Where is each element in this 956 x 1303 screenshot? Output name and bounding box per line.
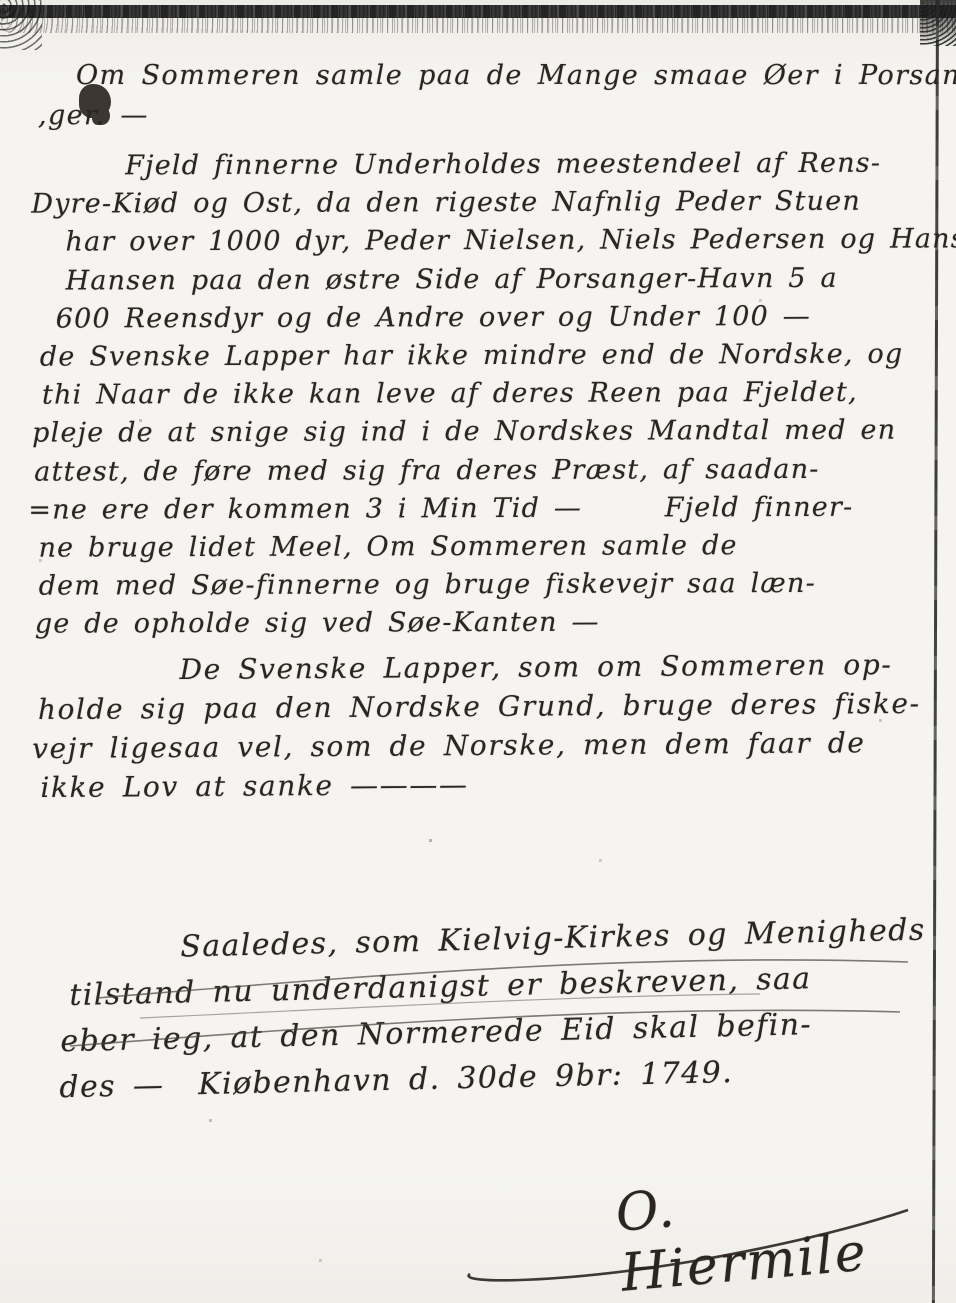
document-page: Om Sommeren samle paa de Mange smaae Øer… [0,0,956,1303]
scan-border-top [0,5,956,18]
manuscript-line: Hansen paa den østre Side af Porsanger-H… [66,259,956,300]
paragraph-fjeld-finnerne: Fjeld finnerne Underholdes meestendeel a… [27,144,956,644]
manuscript-line: Fjeld finnerne Underholdes meestendeel a… [125,144,956,185]
manuscript-line: holde sig paa den Nordske Grund, bruge d… [38,684,921,729]
signature: O. Hiermile [613,1156,942,1303]
manuscript-line: pleje de at snige sig ind i de Nordskes … [32,412,956,453]
paragraph-opening: Om Sommeren samle paa de Mange smaae Øer… [28,56,956,136]
manuscript-line: ge de opholde sig ved Søe-Kanten — [35,603,956,644]
scan-noise-top-left [0,0,42,50]
manuscript-line: Dyre-Kiød og Ost, da den rigeste Nafnlig… [31,183,956,224]
manuscript-line: attest, de føre med sig fra deres Præst,… [34,450,956,491]
manuscript-line: ikke Lov at sanke ———— [40,762,921,807]
manuscript-line: =ne ere der kommen 3 i Min Tid — Fjeld f… [28,488,956,529]
manuscript-line: thi Naar de ikke kan leve af deres Reen … [42,374,956,415]
paragraph-svenske-lapper: De Svenske Lapper, som om Sommeren op-ho… [27,645,921,807]
manuscript-line: ne bruge lidet Meel, Om Sommeren samle d… [38,526,956,567]
manuscript-line: har over 1000 dyr, Peder Nielsen, Niels … [65,221,956,262]
manuscript-line: de Svenske Lapper har ikke mindre end de… [40,335,956,376]
manuscript-line: dem med Søe-finnerne og bruge fiskevejr … [39,565,956,606]
manuscript-line: vejr ligesaa vel, som de Norske, men dem… [32,723,921,768]
manuscript-line: Om Sommeren samle paa de Mange smaae Øer… [76,56,956,96]
manuscript-line: 600 Reensdyr og de Andre over og Under 1… [56,297,956,338]
manuscript-line: ,ger. — [38,96,956,136]
paragraph-closing-dateline: Saaledes, som Kielvig-Kirkes og Menighed… [24,908,929,1112]
scan-speckles [0,0,1,1]
manuscript-line: De Svenske Lapper, som om Sommeren op- [179,645,920,689]
